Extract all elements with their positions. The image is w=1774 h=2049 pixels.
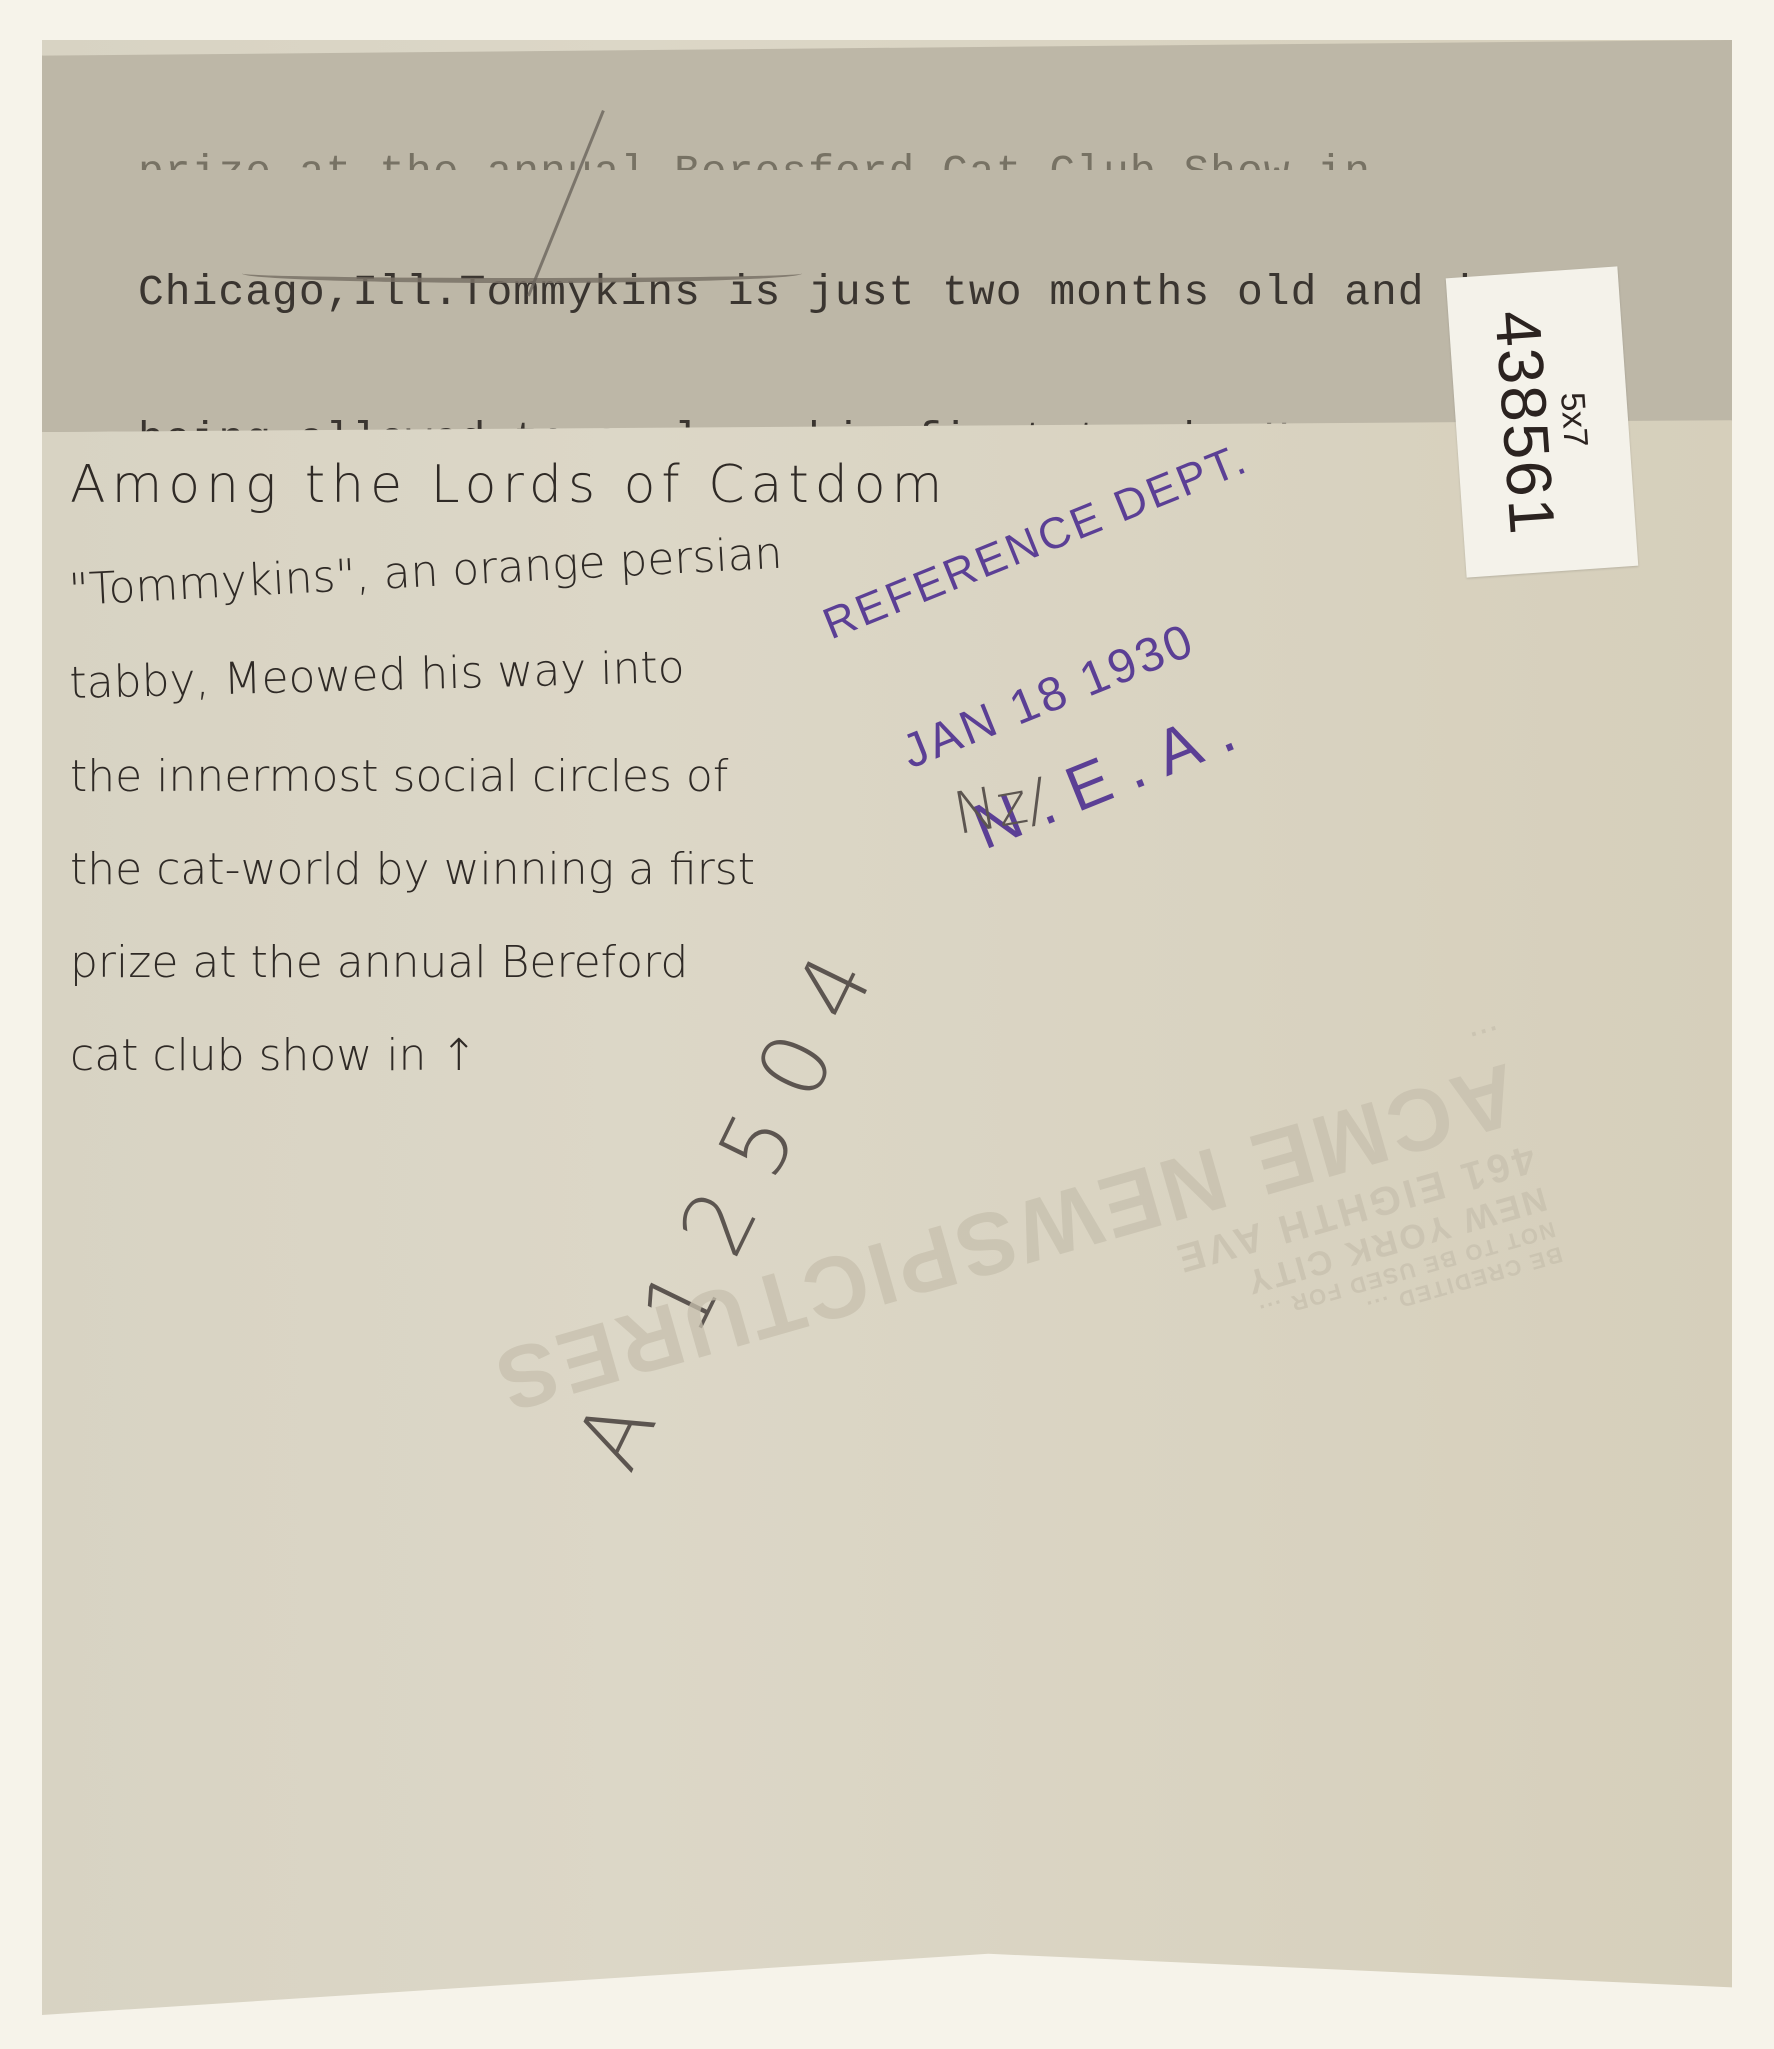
handwritten-line: tabby, Meowed his way into — [69, 635, 949, 751]
pencil-underline-mark — [242, 264, 802, 283]
handwritten-line: the innermost social circles of — [70, 751, 948, 844]
label-number: 438561 — [1485, 308, 1565, 537]
reference-number-label: 5x7 438561 — [1446, 266, 1639, 577]
typed-cut-line: prize at the annual Beresford Cat Club S… — [138, 148, 1612, 170]
